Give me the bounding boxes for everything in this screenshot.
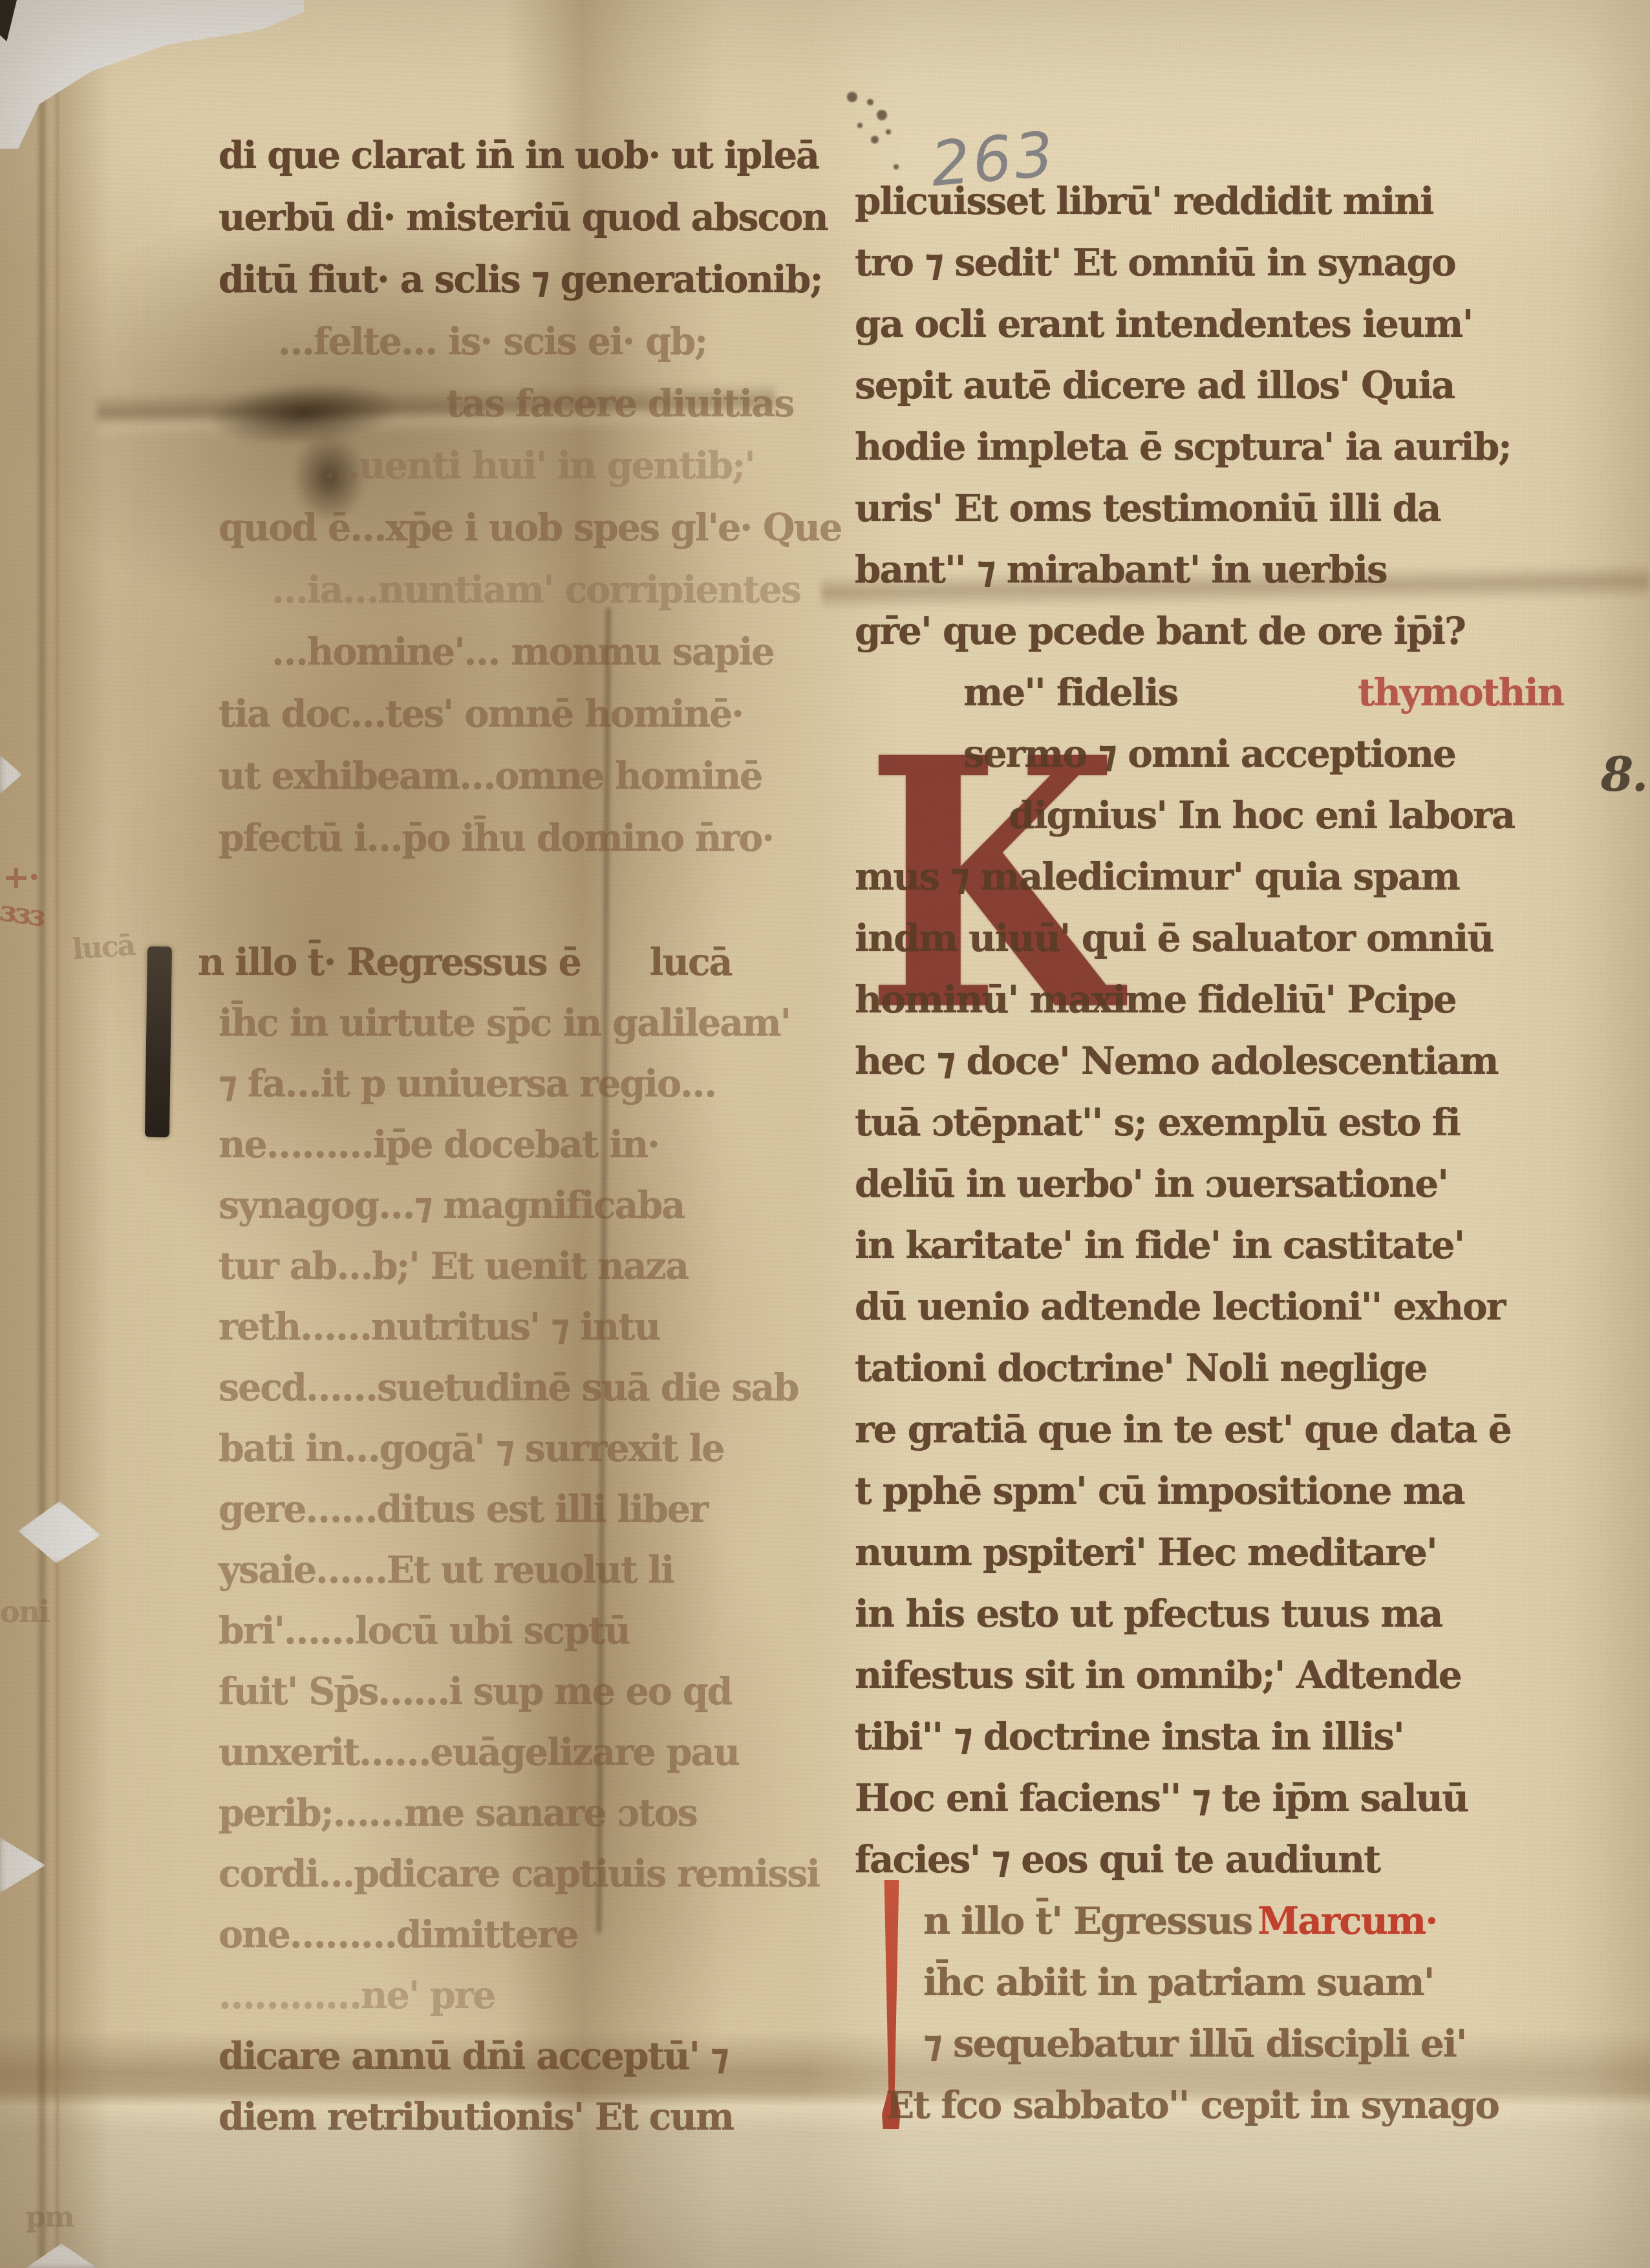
manuscript-scan: K 2638.di que clarat in̄ in uob· ut iple… xyxy=(0,0,1650,2268)
scan-vignette xyxy=(0,0,1650,2268)
